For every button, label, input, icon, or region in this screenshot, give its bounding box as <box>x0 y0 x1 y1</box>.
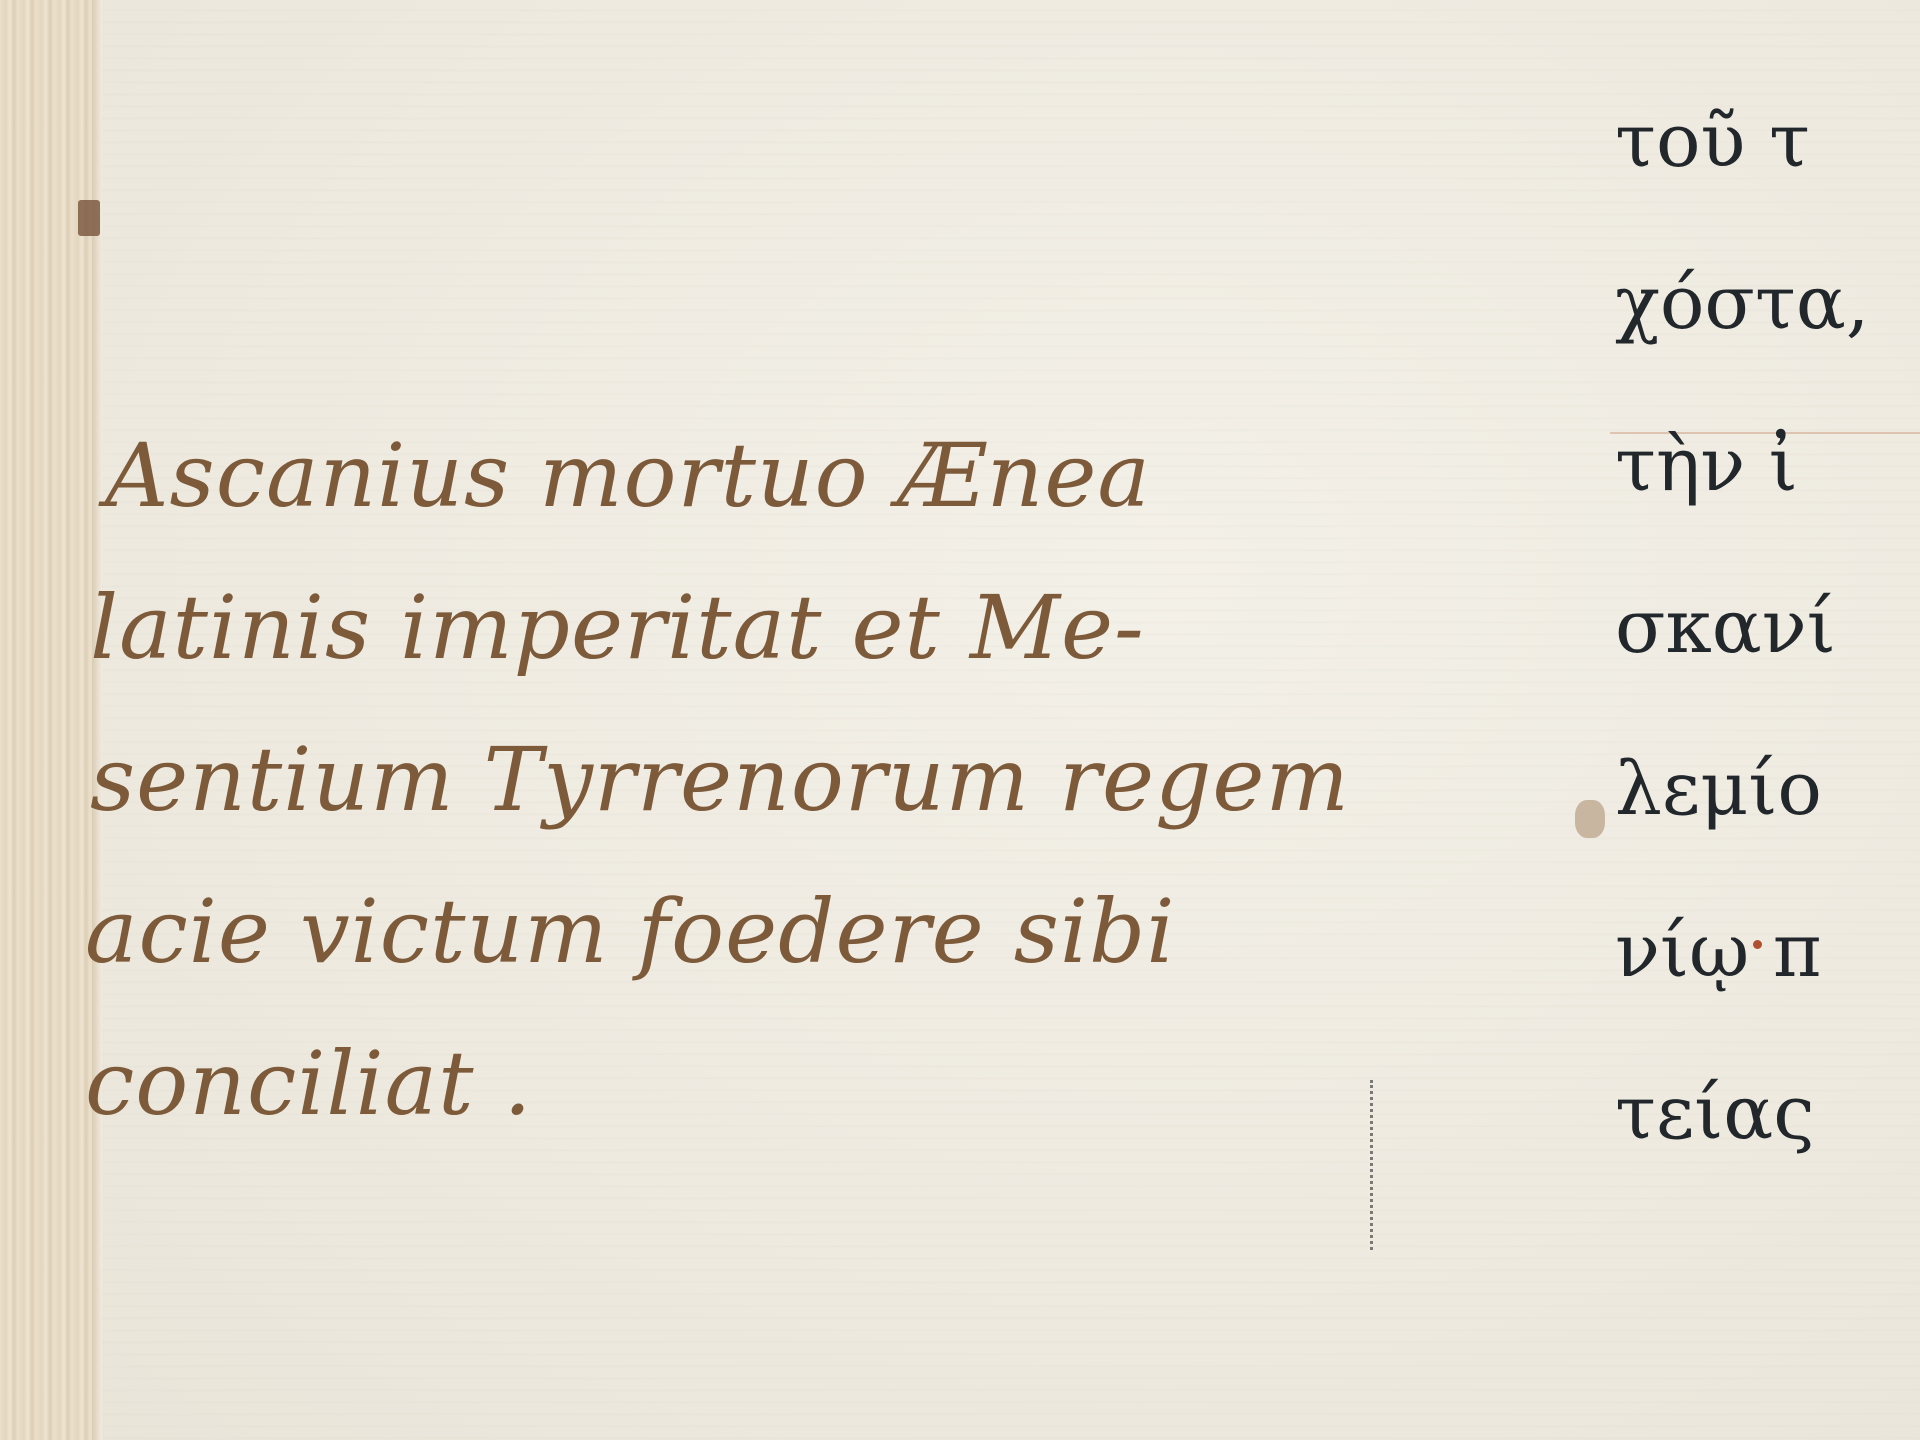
greek-line-3: τὴν ἰ <box>1615 384 1920 546</box>
greek-line-4: σκανί <box>1615 546 1920 708</box>
gutter-ink-mark <box>78 200 100 236</box>
dotted-guide-line <box>1370 1080 1373 1250</box>
note-line-2: latinis imperitat et Me- <box>90 552 1595 704</box>
note-line-4: acie victum foedere sibi <box>85 856 1595 1008</box>
greek-line-7: τείας <box>1615 1032 1920 1194</box>
greek-line-5: λεμίο <box>1615 708 1920 870</box>
greek-line-6: νίῳ π <box>1615 870 1920 1032</box>
note-line-1: Ascanius mortuo Ænea <box>105 400 1595 552</box>
note-line-5: conciliat . <box>85 1008 1595 1160</box>
latin-marginal-note: Ascanius mortuo Ænea latinis imperitat e… <box>95 400 1595 1160</box>
greek-line-2: χόστα, <box>1615 222 1920 384</box>
ink-stain <box>1575 800 1605 838</box>
manuscript-page: Ascanius mortuo Ænea latinis imperitat e… <box>0 0 1920 1440</box>
greek-line-1: τοῦ τ <box>1615 60 1920 222</box>
greek-text-column: τοῦ τ χόστα, τὴν ἰ σκανί λεμίο νίῳ π τεί… <box>1615 60 1920 1194</box>
note-line-3: sentium Tyrrenorum regem <box>90 704 1595 856</box>
